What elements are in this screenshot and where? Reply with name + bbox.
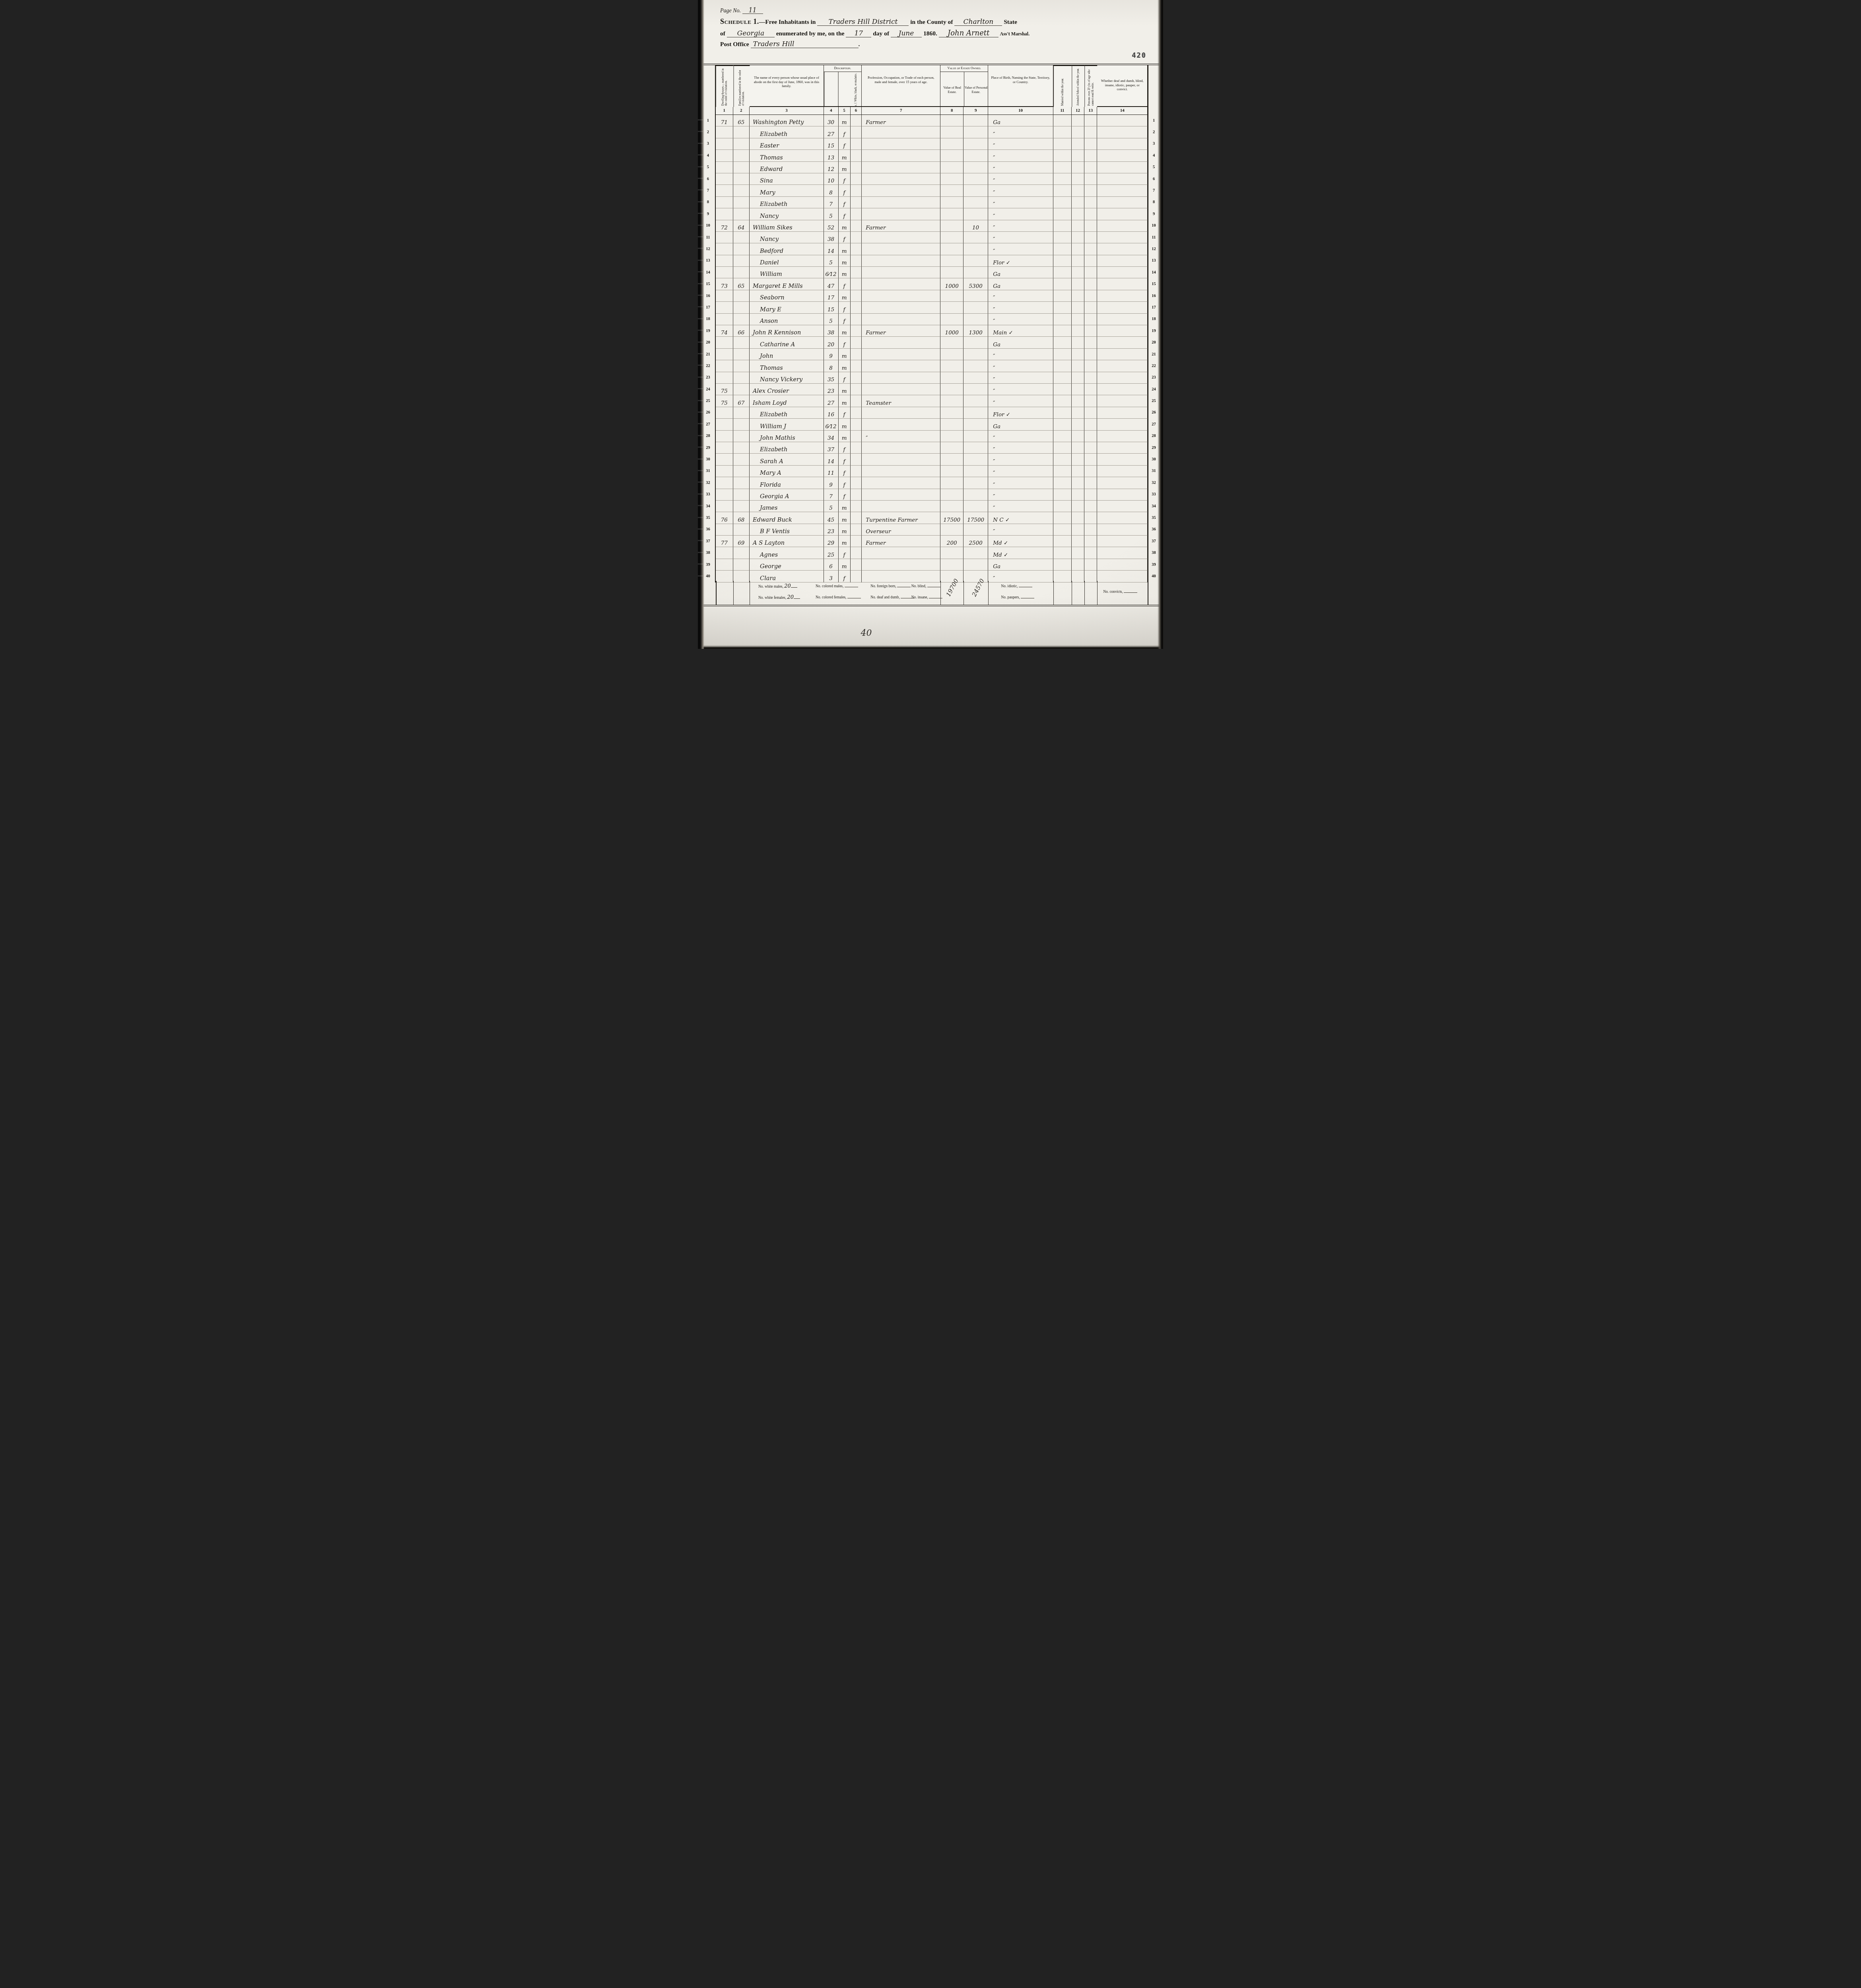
value-personal-estate <box>964 477 988 489</box>
state-value: Georgia <box>727 30 775 37</box>
sex: m <box>839 150 851 161</box>
value-personal-estate: 17500 <box>964 512 988 524</box>
married-within-year <box>1053 536 1072 547</box>
sex: m <box>839 255 851 267</box>
dwelling-number <box>716 232 733 243</box>
attended-school <box>1072 325 1084 337</box>
married-within-year <box>1053 501 1072 512</box>
dwelling-number <box>716 255 733 267</box>
dwelling-number: 76 <box>716 512 733 524</box>
marshal-title: Ass't Marshal. <box>1000 31 1030 37</box>
deaf-dumb-etc <box>1097 489 1148 501</box>
value-personal-estate <box>964 162 988 173</box>
birthplace: ″ <box>988 501 1053 512</box>
col-families-header: Families numbered in the order of visita… <box>733 65 750 107</box>
footer-stat: No. colored males, <box>816 583 858 588</box>
value-personal-estate <box>964 547 988 559</box>
deaf-dumb-etc <box>1097 395 1148 407</box>
color <box>851 454 862 465</box>
family-number <box>733 372 750 384</box>
cannot-read-write <box>1084 208 1097 220</box>
value-personal-estate <box>964 360 988 372</box>
scan-edge-ghost-numbers <box>698 119 703 580</box>
family-number: 69 <box>733 536 750 547</box>
attended-school <box>1072 150 1084 161</box>
age: 38 <box>824 325 839 337</box>
married-within-year <box>1053 559 1072 571</box>
dwelling-number <box>716 501 733 512</box>
married-within-year <box>1053 314 1072 325</box>
family-number: 67 <box>733 395 750 407</box>
attended-school <box>1072 173 1084 185</box>
deaf-dumb-etc <box>1097 255 1148 267</box>
value-personal-estate <box>964 372 988 384</box>
col-occupation-header: Profession, Occupation, or Trade of each… <box>862 65 940 107</box>
person-name: James <box>750 501 824 512</box>
attended-school <box>1072 255 1084 267</box>
age: 8 <box>824 185 839 196</box>
color <box>851 477 862 489</box>
attended-school <box>1072 524 1084 536</box>
birthplace: ″ <box>988 290 1053 302</box>
deaf-dumb-etc <box>1097 512 1148 524</box>
color <box>851 547 862 559</box>
dwelling-number <box>716 185 733 196</box>
person-name: Sarah A <box>750 454 824 465</box>
value-personal-estate <box>964 466 988 477</box>
married-within-year <box>1053 407 1072 419</box>
sex: m <box>839 243 851 255</box>
attended-school <box>1072 349 1084 360</box>
dwelling-number <box>716 138 733 150</box>
occupation <box>862 349 940 360</box>
sex: f <box>839 138 851 150</box>
cannot-read-write <box>1084 115 1097 126</box>
cannot-read-write <box>1084 559 1097 571</box>
value-real-estate <box>940 372 964 384</box>
value-real-estate <box>940 162 964 173</box>
dwelling-number: 71 <box>716 115 733 126</box>
married-within-year <box>1053 454 1072 465</box>
family-number: 66 <box>733 325 750 337</box>
value-real-estate <box>940 290 964 302</box>
married-within-year <box>1053 267 1072 278</box>
value-personal-estate <box>964 232 988 243</box>
person-name: John <box>750 349 824 360</box>
deaf-dumb-etc <box>1097 173 1148 185</box>
cannot-read-write <box>1084 524 1097 536</box>
value-real-estate <box>940 150 964 161</box>
family-number <box>733 243 750 255</box>
deaf-dumb-etc <box>1097 477 1148 489</box>
deaf-dumb-etc <box>1097 232 1148 243</box>
birthplace: ″ <box>988 349 1053 360</box>
cannot-read-write <box>1084 185 1097 196</box>
of-label: of <box>720 30 725 37</box>
dwelling-number <box>716 454 733 465</box>
person-name: Nancy Vickery <box>750 372 824 384</box>
family-number <box>733 360 750 372</box>
age: 12 <box>824 162 839 173</box>
birthplace: Flor ✓ <box>988 407 1053 419</box>
value-personal-estate <box>964 419 988 430</box>
dwelling-number <box>716 559 733 571</box>
value-personal-estate <box>964 384 988 395</box>
person-name: Georgia A <box>750 489 824 501</box>
birthplace: N C ✓ <box>988 512 1053 524</box>
family-number <box>733 419 750 430</box>
age: 23 <box>824 524 839 536</box>
person-name: Edward <box>750 162 824 173</box>
occupation: Overseur <box>862 524 940 536</box>
age: 14 <box>824 454 839 465</box>
dwelling-number <box>716 349 733 360</box>
col-school-header: Attended School within the year. <box>1072 65 1084 107</box>
person-name: Washington Petty <box>750 115 824 126</box>
person-name: John Mathis <box>750 431 824 442</box>
cannot-read-write <box>1084 501 1097 512</box>
occupation <box>862 454 940 465</box>
birthplace: ″ <box>988 395 1053 407</box>
age: 6⁄12 <box>824 267 839 278</box>
deaf-dumb-etc <box>1097 325 1148 337</box>
married-within-year <box>1053 489 1072 501</box>
attended-school <box>1072 197 1084 208</box>
sex: f <box>839 302 851 313</box>
value-real-estate <box>940 208 964 220</box>
age: 6 <box>824 559 839 571</box>
cannot-read-write <box>1084 536 1097 547</box>
color <box>851 559 862 571</box>
value-real-estate <box>940 489 964 501</box>
color <box>851 173 862 185</box>
occupation <box>862 173 940 185</box>
sex: f <box>839 173 851 185</box>
color <box>851 431 862 442</box>
birthplace: ″ <box>988 466 1053 477</box>
birthplace: ″ <box>988 384 1053 395</box>
family-number <box>733 349 750 360</box>
occupation <box>862 360 940 372</box>
cannot-read-write <box>1084 349 1097 360</box>
birthplace: Main ✓ <box>988 325 1053 337</box>
family-number <box>733 208 750 220</box>
cannot-read-write <box>1084 232 1097 243</box>
value-personal-estate <box>964 431 988 442</box>
scan-right-edge <box>1158 0 1163 649</box>
value-personal-estate <box>964 395 988 407</box>
col-personal-estate-header: Value of Personal Estate. <box>964 72 988 107</box>
birthplace: Ga <box>988 115 1053 126</box>
post-office-period: . <box>859 41 860 48</box>
occupation <box>862 243 940 255</box>
occupation <box>862 162 940 173</box>
color <box>851 372 862 384</box>
age: 30 <box>824 115 839 126</box>
family-number <box>733 337 750 348</box>
sex: f <box>839 466 851 477</box>
col-number-1: 1 <box>716 107 733 115</box>
attended-school <box>1072 232 1084 243</box>
day-of-label: day of <box>873 30 889 37</box>
sex: f <box>839 314 851 325</box>
family-number <box>733 477 750 489</box>
age: 35 <box>824 372 839 384</box>
sex: m <box>839 559 851 571</box>
footer-stat: No. deaf and dumb, <box>870 594 914 600</box>
dwelling-number <box>716 302 733 313</box>
birthplace: ″ <box>988 442 1053 454</box>
col-number-14: 14 <box>1097 107 1148 115</box>
value-real-estate <box>940 185 964 196</box>
age: 14 <box>824 243 839 255</box>
deaf-dumb-etc <box>1097 466 1148 477</box>
col-number-4: 4 <box>824 107 839 115</box>
cannot-read-write <box>1084 243 1097 255</box>
deaf-dumb-etc <box>1097 314 1148 325</box>
occupation <box>862 372 940 384</box>
birthplace: Md ✓ <box>988 547 1053 559</box>
person-name: Sina <box>750 173 824 185</box>
dwelling-number <box>716 431 733 442</box>
color <box>851 384 862 395</box>
sex: m <box>839 349 851 360</box>
value-real-estate <box>940 302 964 313</box>
col-name-header: The name of every person whose usual pla… <box>750 65 824 107</box>
col-number-10: 10 <box>988 107 1053 115</box>
birthplace: ″ <box>988 232 1053 243</box>
footer-stat-label: No. idiotic, <box>1001 584 1019 588</box>
sex: f <box>839 337 851 348</box>
description-group-label: Description. <box>824 65 862 72</box>
age: 9 <box>824 349 839 360</box>
post-office-value: Traders Hill <box>751 41 859 48</box>
cannot-read-write <box>1084 150 1097 161</box>
sex: m <box>839 431 851 442</box>
dwelling-number <box>716 126 733 138</box>
attended-school <box>1072 489 1084 501</box>
birthplace: ″ <box>988 208 1053 220</box>
value-personal-estate: 5300 <box>964 278 988 290</box>
birthplace: ″ <box>988 524 1053 536</box>
value-real-estate <box>940 407 964 419</box>
married-within-year <box>1053 278 1072 290</box>
color <box>851 466 862 477</box>
age: 34 <box>824 431 839 442</box>
married-within-year <box>1053 431 1072 442</box>
marshal-signature: John Arnett <box>939 30 998 37</box>
value-personal-estate <box>964 208 988 220</box>
occupation <box>862 197 940 208</box>
birthplace: Flor ✓ <box>988 255 1053 267</box>
enumeration-line: of Georgia enumerated by me, on the 17 d… <box>720 30 1142 37</box>
family-number <box>733 466 750 477</box>
color <box>851 501 862 512</box>
deaf-dumb-etc <box>1097 547 1148 559</box>
footer-stat: No. idiotic, <box>1001 583 1032 588</box>
attended-school <box>1072 547 1084 559</box>
family-number <box>733 302 750 313</box>
age: 25 <box>824 547 839 559</box>
person-name: John R Kennison <box>750 325 824 337</box>
footer-stat: No. colored females, <box>816 594 861 600</box>
value-real-estate <box>940 349 964 360</box>
birthplace: ″ <box>988 126 1053 138</box>
color <box>851 524 862 536</box>
sex: m <box>839 290 851 302</box>
sex: f <box>839 489 851 501</box>
married-within-year <box>1053 302 1072 313</box>
color <box>851 126 862 138</box>
married-within-year <box>1053 360 1072 372</box>
deaf-dumb-etc <box>1097 360 1148 372</box>
sex: f <box>839 126 851 138</box>
age: 27 <box>824 395 839 407</box>
value-real-estate <box>940 360 964 372</box>
occupation <box>862 384 940 395</box>
cannot-read-write <box>1084 255 1097 267</box>
cannot-read-write <box>1084 337 1097 348</box>
person-name: Elizabeth <box>750 442 824 454</box>
married-within-year <box>1053 197 1072 208</box>
dwelling-number: 72 <box>716 220 733 232</box>
occupation: Farmer <box>862 220 940 232</box>
value-real-estate <box>940 524 964 536</box>
value-personal-estate <box>964 150 988 161</box>
person-name: Agnes <box>750 547 824 559</box>
value-personal-estate <box>964 267 988 278</box>
married-within-year <box>1053 349 1072 360</box>
cannot-read-write <box>1084 395 1097 407</box>
color <box>851 419 862 430</box>
color <box>851 197 862 208</box>
col-number-12: 12 <box>1072 107 1084 115</box>
value-group-label: Value of Estate Owned. <box>940 65 988 72</box>
deaf-dumb-etc <box>1097 220 1148 232</box>
occupation <box>862 278 940 290</box>
cannot-read-write <box>1084 512 1097 524</box>
dwelling-number <box>716 173 733 185</box>
married-within-year <box>1053 138 1072 150</box>
sex: f <box>839 547 851 559</box>
value-personal-estate <box>964 243 988 255</box>
deaf-dumb-etc <box>1097 302 1148 313</box>
value-personal-estate <box>964 290 988 302</box>
person-name: William <box>750 267 824 278</box>
dwelling-number: 74 <box>716 325 733 337</box>
deaf-dumb-etc <box>1097 243 1148 255</box>
cannot-read-write <box>1084 419 1097 430</box>
footer-stat: No. blind, <box>911 583 941 588</box>
footer-stat-label: No. foreign born, <box>870 584 897 588</box>
col-real-estate-header: Value of Real Estate. <box>940 72 964 107</box>
year-label: 1860. <box>923 30 937 37</box>
post-office-line: Post Office Traders Hill. <box>720 41 1142 48</box>
color <box>851 349 862 360</box>
married-within-year <box>1053 290 1072 302</box>
age: 29 <box>824 536 839 547</box>
footer-stat-value: 20 <box>787 594 794 600</box>
schedule-title: Schedule 1. <box>720 17 759 25</box>
birthplace: ″ <box>988 477 1053 489</box>
family-number <box>733 173 750 185</box>
age: 9 <box>824 477 839 489</box>
value-personal-estate <box>964 255 988 267</box>
value-personal-estate <box>964 454 988 465</box>
footer-stat: No. foreign born, <box>870 583 911 588</box>
sex: m <box>839 360 851 372</box>
page-no-value: 11 <box>742 7 763 14</box>
deaf-dumb-etc <box>1097 384 1148 395</box>
deaf-dumb-etc <box>1097 442 1148 454</box>
deaf-dumb-etc <box>1097 208 1148 220</box>
dwelling-number <box>716 372 733 384</box>
col-number-8: 8 <box>940 107 964 115</box>
person-name: A S Layton <box>750 536 824 547</box>
cannot-read-write <box>1084 173 1097 185</box>
birthplace: ″ <box>988 150 1053 161</box>
occupation: Farmer <box>862 115 940 126</box>
birthplace: ″ <box>988 197 1053 208</box>
deaf-dumb-etc <box>1097 126 1148 138</box>
family-number <box>733 185 750 196</box>
family-number <box>733 290 750 302</box>
color <box>851 278 862 290</box>
occupation <box>862 489 940 501</box>
family-number <box>733 501 750 512</box>
occupation: Turpentine Farmer <box>862 512 940 524</box>
dwelling-number <box>716 150 733 161</box>
person-name: Mary E <box>750 302 824 313</box>
person-name: Isham Loyd <box>750 395 824 407</box>
cannot-read-write <box>1084 302 1097 313</box>
footer-stat: No. white females, 20 <box>758 594 800 600</box>
cannot-read-write <box>1084 477 1097 489</box>
deaf-dumb-etc <box>1097 185 1148 196</box>
person-name: Mary A <box>750 466 824 477</box>
occupation <box>862 267 940 278</box>
col-number-5: 5 <box>839 107 851 115</box>
attended-school <box>1072 372 1084 384</box>
person-name: Nancy <box>750 232 824 243</box>
deaf-dumb-etc <box>1097 559 1148 571</box>
occupation <box>862 407 940 419</box>
occupation: Teamster <box>862 395 940 407</box>
person-name: B F Ventis <box>750 524 824 536</box>
family-number <box>733 431 750 442</box>
married-within-year <box>1053 173 1072 185</box>
attended-school <box>1072 477 1084 489</box>
dwelling-number <box>716 197 733 208</box>
value-personal-estate <box>964 115 988 126</box>
person-name: Florida <box>750 477 824 489</box>
cannot-read-write <box>1084 360 1097 372</box>
married-within-year <box>1053 115 1072 126</box>
attended-school <box>1072 512 1084 524</box>
value-personal-estate <box>964 524 988 536</box>
age: 6⁄12 <box>824 419 839 430</box>
footer-stat: No. convicts, <box>1103 589 1137 594</box>
col-sex-header: Sex. <box>838 72 850 107</box>
birthplace: ″ <box>988 162 1053 173</box>
age: 20 <box>824 337 839 348</box>
married-within-year <box>1053 255 1072 267</box>
bottom-page-note: 40 <box>861 628 872 638</box>
married-within-year <box>1053 232 1072 243</box>
dwelling-number <box>716 314 733 325</box>
color <box>851 267 862 278</box>
occupation <box>862 185 940 196</box>
